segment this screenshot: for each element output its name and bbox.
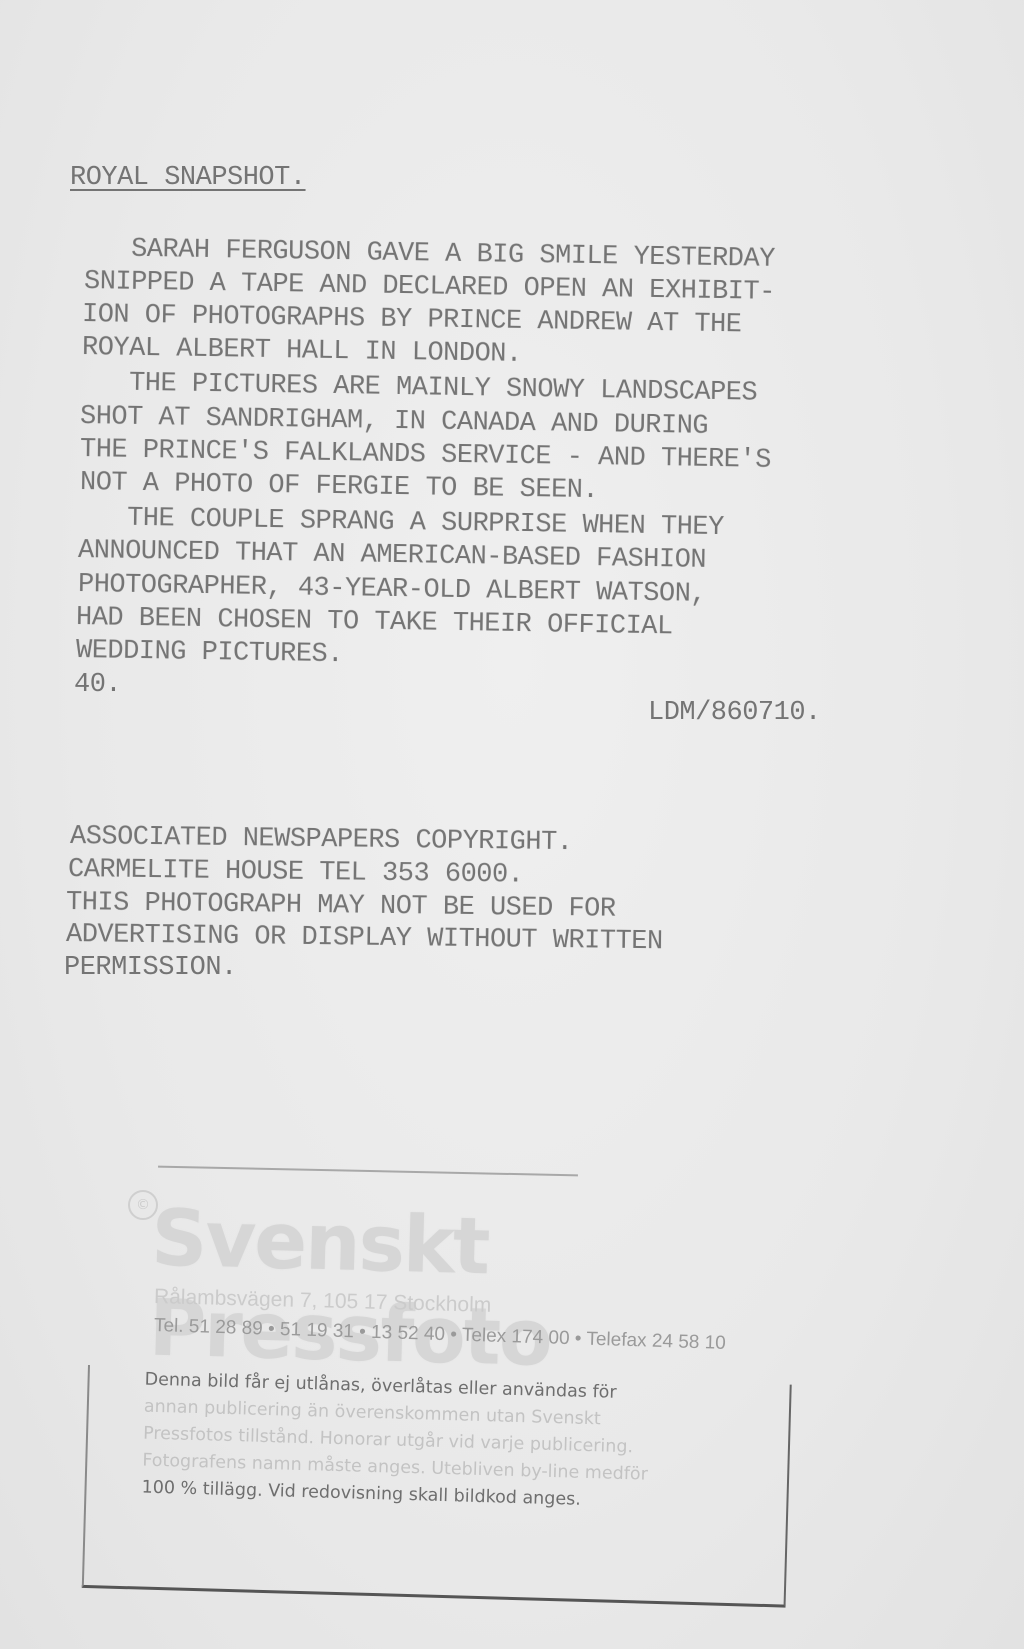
copyright-line: ADVERTISING OR DISPLAY WITHOUT WRITTEN [66,922,663,956]
stamp-divider [158,1166,578,1177]
copyright-line: PERMISSION. [64,955,237,982]
copyright-line: ASSOCIATED NEWSPAPERS COPYRIGHT. [70,824,573,857]
usage-notice: Denna bild får ej utlånas, överlåtas ell… [141,1367,785,1520]
usage-notice-box: Denna bild får ej utlånas, överlåtas ell… [82,1365,792,1608]
copyright-line: CARMELITE HOUSE TEL 353 6000. [68,857,524,890]
copyright-notice: ASSOCIATED NEWSPAPERS COPYRIGHT. CARMELI… [0,0,1024,1000]
agency-stamp: © Svenskt Pressfoto Rålambsvägen 7, 105 … [88,1160,800,1600]
copyright-line: THIS PHOTOGRAPH MAY NOT BE USED FOR [66,890,616,924]
